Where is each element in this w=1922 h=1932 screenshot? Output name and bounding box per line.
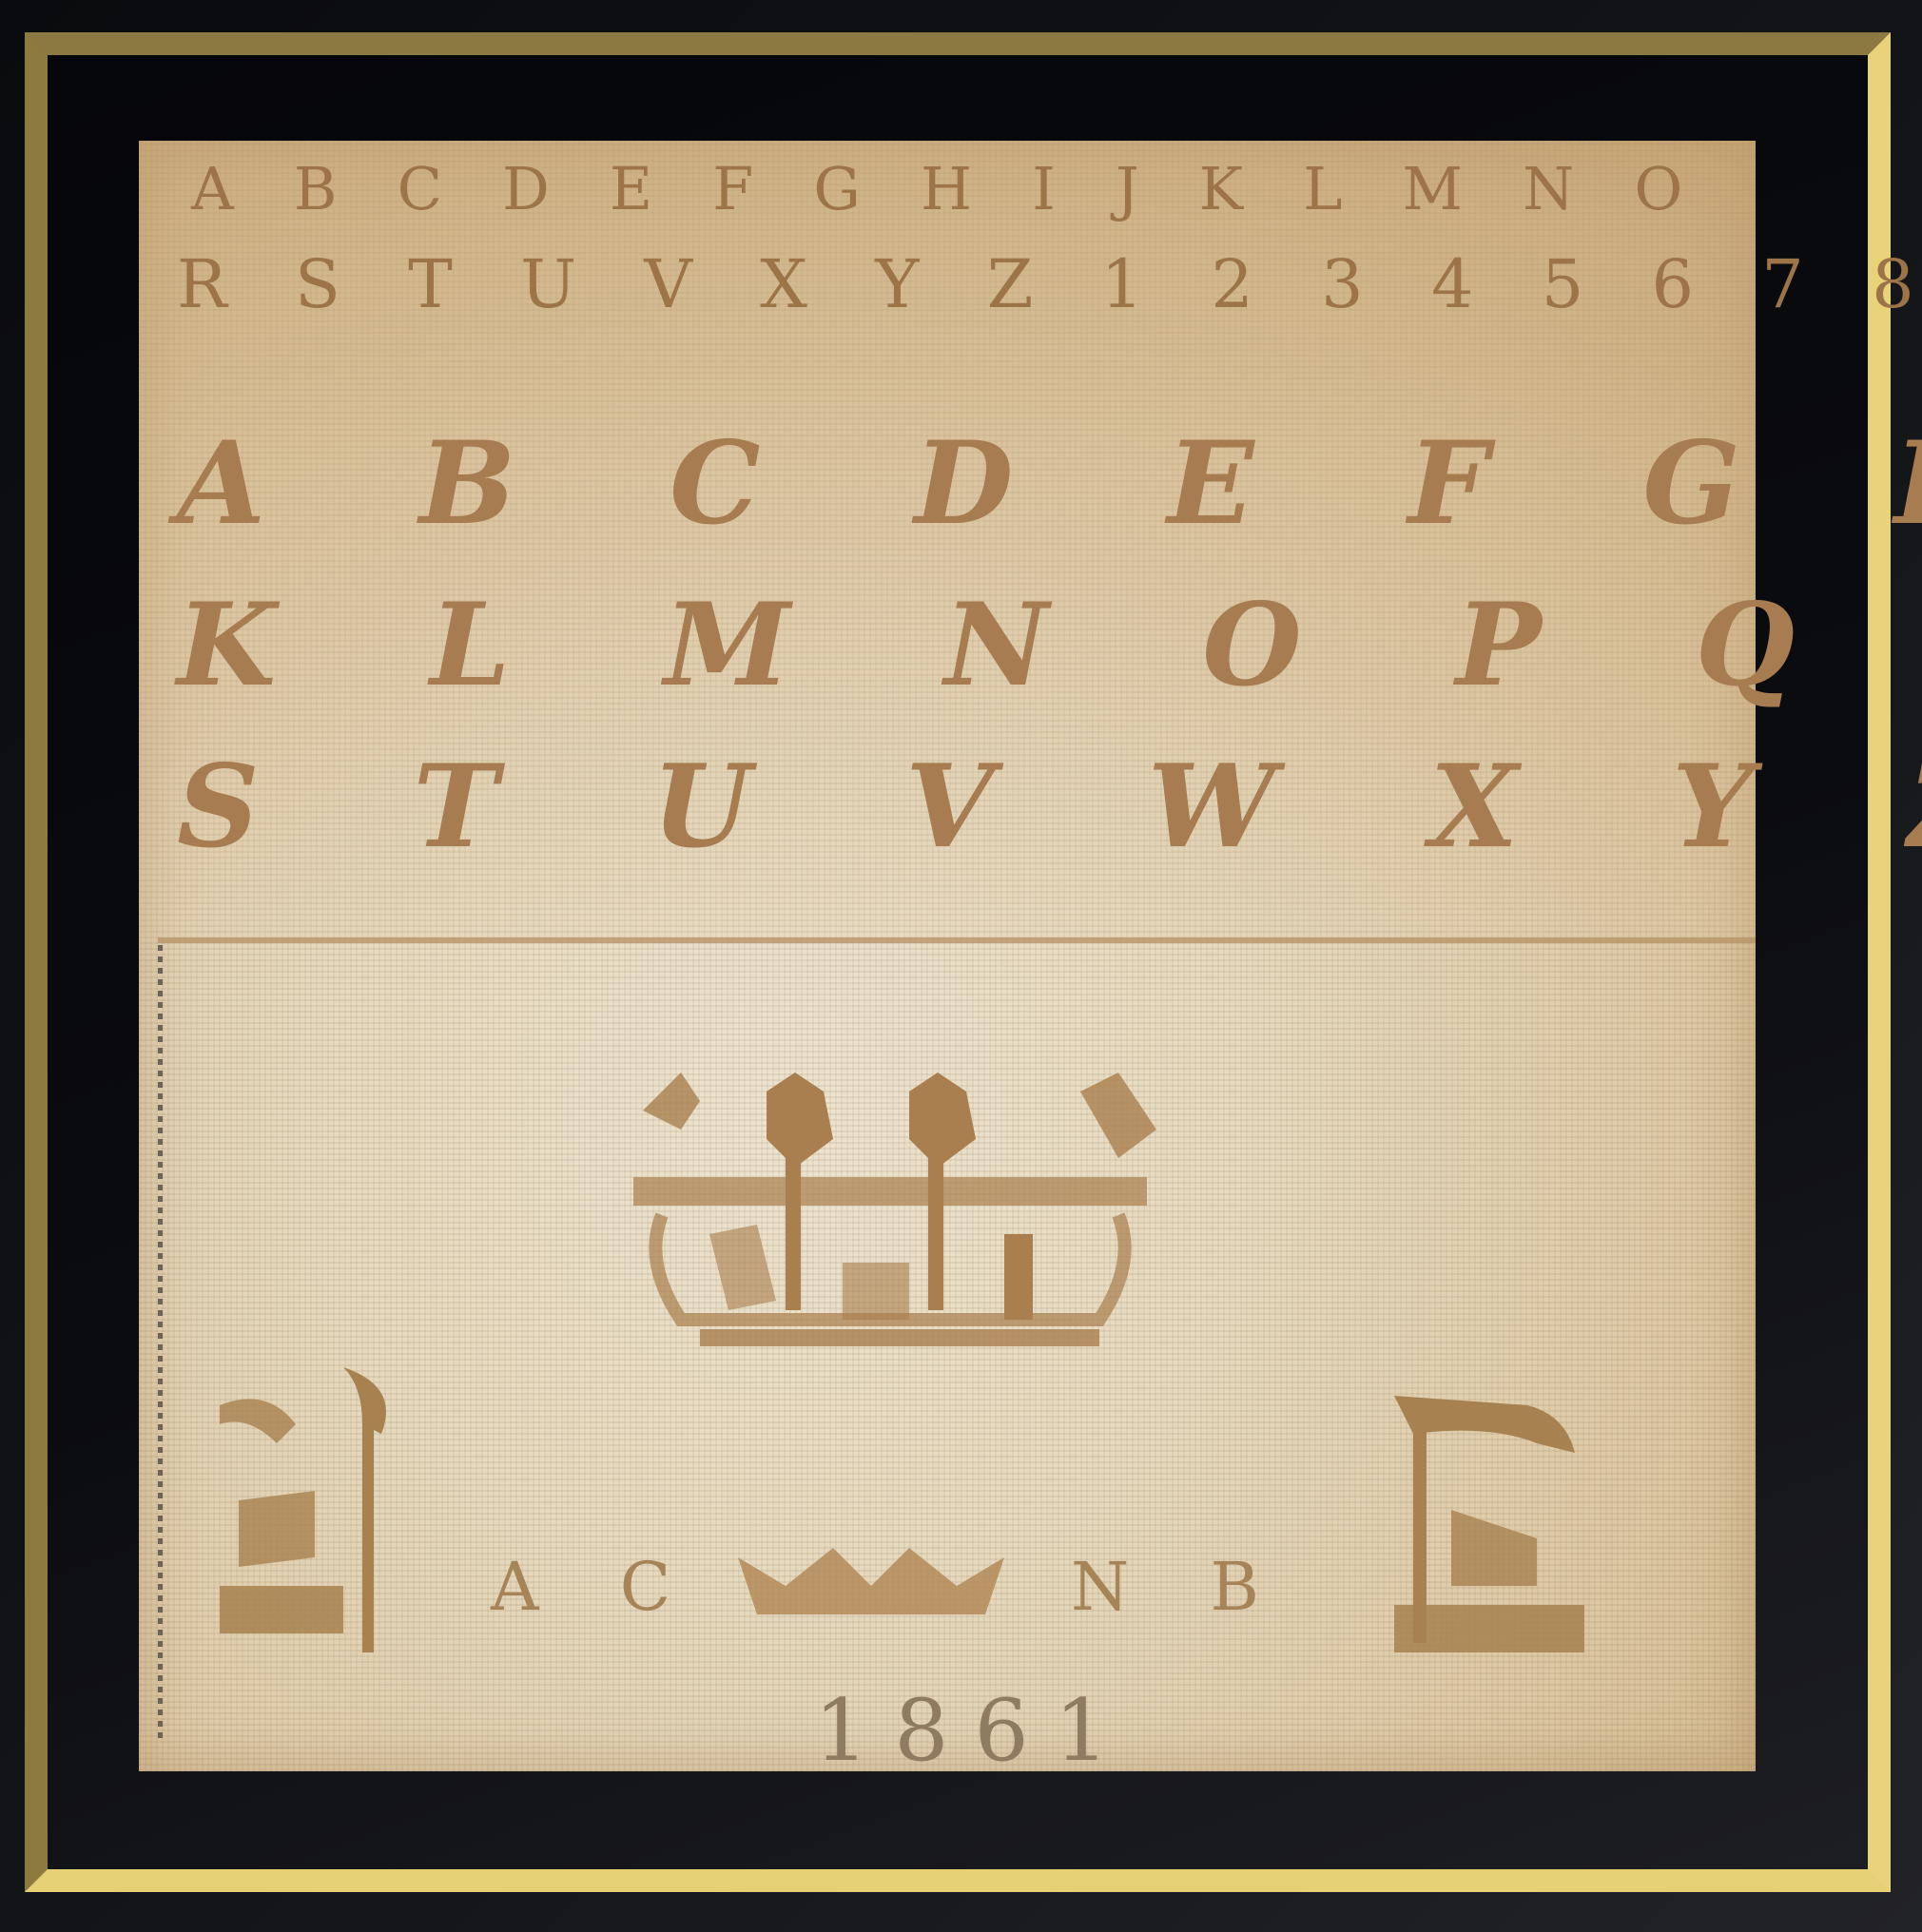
initials-right: N B bbox=[1071, 1548, 1289, 1626]
crown-motif bbox=[728, 1538, 1014, 1624]
tree-left-motif bbox=[220, 1367, 410, 1652]
script-row-3: S T U V W X Y Z bbox=[177, 740, 1718, 874]
alphabet-row-1: A B C D E F G H I J K L M N O bbox=[177, 154, 1718, 223]
basket-motif bbox=[624, 1072, 1156, 1358]
left-seam bbox=[158, 939, 163, 1738]
date-stitched: 1861 bbox=[814, 1681, 1135, 1781]
script-row-1: A B C D E F G H I bbox=[177, 416, 1718, 551]
tree-right-motif bbox=[1394, 1396, 1584, 1662]
script-row-2: K L M N O P Q R bbox=[177, 578, 1718, 712]
alphabet-row-2: R S T U V X Y Z 1 2 3 4 5 6 7 8 bbox=[177, 245, 1718, 323]
sampler-fabric: A B C D E F G H I J K L M N O R S T U V … bbox=[139, 141, 1756, 1771]
stitched-divider bbox=[158, 937, 1756, 943]
initials-left: A C bbox=[491, 1548, 701, 1626]
